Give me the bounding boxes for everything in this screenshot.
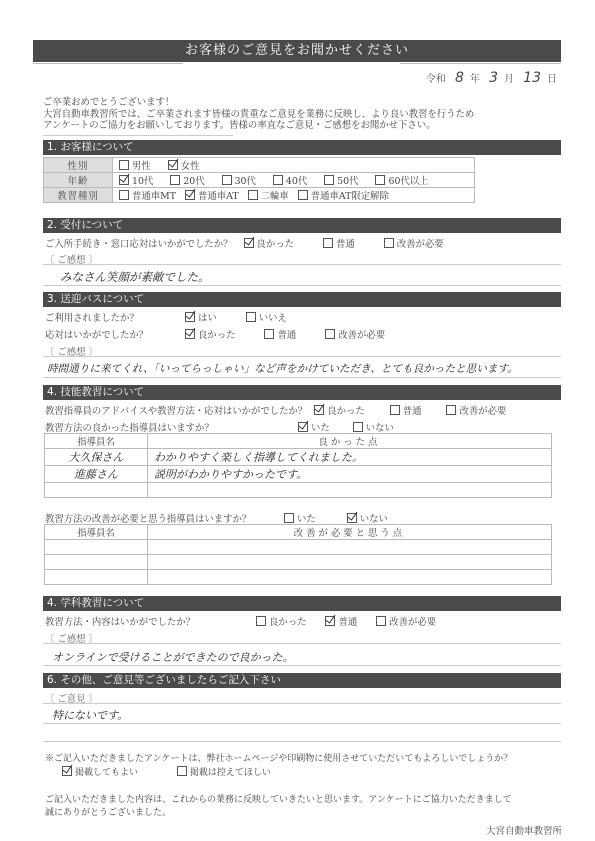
consent-allow[interactable]: 掲載してもよい xyxy=(62,765,138,778)
bus-service-needs-improvement[interactable]: 改善が必要 xyxy=(325,327,385,341)
age-50s[interactable]: 50代 xyxy=(324,173,358,187)
improvement-point[interactable] xyxy=(148,555,552,570)
day-value[interactable]: 13 xyxy=(523,70,541,86)
day-label: 日 xyxy=(547,74,557,85)
gender-female[interactable]: 女性 xyxy=(168,158,200,172)
bus-service-normal[interactable]: 普通 xyxy=(264,327,296,341)
consent-options: 掲載してもよい 掲載は控えてほしい xyxy=(62,765,285,778)
checkbox[interactable] xyxy=(323,238,333,248)
checkbox[interactable] xyxy=(177,766,187,776)
column-header: 改善が必要と思う点 xyxy=(148,525,552,540)
checkbox[interactable] xyxy=(384,238,394,248)
section-2-header: 2. 受付について xyxy=(43,218,561,233)
gender-male[interactable]: 男性 xyxy=(119,158,151,172)
improvement-point[interactable] xyxy=(148,540,552,555)
academic-comment[interactable]: オンラインで受けることができたので良かった。 xyxy=(52,649,294,665)
checkbox[interactable] xyxy=(119,190,129,200)
age-10s[interactable]: 10代 xyxy=(119,173,153,187)
checkbox[interactable] xyxy=(298,190,308,200)
reception-good[interactable]: 良かった xyxy=(244,236,295,250)
section-6-header: 6. その他、ご意見等ございましたらご記入下さい xyxy=(43,673,561,688)
good-point[interactable]: 説明がわかりやすかったです。 xyxy=(148,466,552,483)
instructor-name[interactable] xyxy=(45,483,148,498)
year-value[interactable]: 8 xyxy=(455,70,464,86)
checkbox-checked[interactable] xyxy=(244,238,254,248)
bus-used-no[interactable]: いいえ xyxy=(246,310,287,324)
instructor-name[interactable] xyxy=(45,555,148,570)
divider xyxy=(33,63,183,64)
checkbox[interactable] xyxy=(119,160,129,170)
column-header: 良かった点 xyxy=(148,434,552,449)
bad-instructor-table: 指導員名 改善が必要と思う点 xyxy=(44,524,552,585)
age-30s[interactable]: 30代 xyxy=(222,173,256,187)
reception-question: ご入所手続き・窓口応対はいかがでしたか？ 良かった 普通 改善が必要 xyxy=(45,236,458,250)
academic-normal[interactable]: 普通 xyxy=(325,614,357,628)
age-label: 年齢 xyxy=(44,173,113,188)
bus-comment[interactable]: 時間通りに来てくれ、「いってらっしゃい」など声をかけていただき、とても良かったと… xyxy=(47,361,518,376)
improvement-point[interactable] xyxy=(148,570,552,585)
bad-instructor-no[interactable]: いない xyxy=(347,511,388,525)
skill-normal[interactable]: 普通 xyxy=(390,403,422,417)
skill-needs-improvement[interactable]: 改善が必要 xyxy=(446,403,506,417)
bus-used-question: ご利用されましたか？ はい いいえ xyxy=(45,310,301,324)
good-instructor-table: 指導員名 良かった点 大久保さん わかりやすく楽しく指導してくれました。 進藤さ… xyxy=(44,433,552,498)
academic-good[interactable]: 良かった xyxy=(256,614,307,628)
bad-instructor-question: 教習方法の改善が必要と思う指導員はいますか？ いた いない xyxy=(45,511,402,525)
checkbox[interactable] xyxy=(284,513,294,523)
age-60s-plus[interactable]: 60代以上 xyxy=(375,173,428,187)
month-value[interactable]: 3 xyxy=(489,70,498,86)
checkbox[interactable] xyxy=(246,312,256,322)
section-1-header: 1. お客様について xyxy=(43,140,561,155)
checkbox[interactable] xyxy=(446,405,456,415)
thanks-text-1: ご記入いただきました内容は、これからの業務に反映していきたいと思います。アンケー… xyxy=(45,792,512,805)
date: 令和 8年 3月 13日 xyxy=(426,70,557,86)
instructor-name[interactable] xyxy=(45,540,148,555)
divider xyxy=(43,135,233,136)
thanks-text-2: 誠にありがとうございました。 xyxy=(45,805,171,818)
bus-service-question: 応対はいかがでしたか？ 良かった 普通 改善が必要 xyxy=(45,327,399,341)
good-instructor-yes[interactable]: いた xyxy=(298,420,330,434)
checkbox[interactable] xyxy=(248,190,258,200)
divider xyxy=(400,63,561,64)
course-type-label: 教習種別 xyxy=(44,188,113,203)
good-point[interactable]: わかりやすく楽しく指導してくれました。 xyxy=(148,449,552,466)
bus-service-good[interactable]: 良かった xyxy=(185,327,236,341)
reception-normal[interactable]: 普通 xyxy=(323,236,355,250)
consent-question: ※ご記入いただきましたアンケートは、弊社ホームページや印刷物に使用させていただい… xyxy=(45,751,512,764)
month-label: 月 xyxy=(504,74,514,85)
academic-question: 教習方法・内容はいかがでしたか？ 良かった 普通 改善が必要 xyxy=(45,614,450,628)
section-academic-header: 4. 学科教習について xyxy=(43,596,561,611)
consent-decline[interactable]: 掲載は控えてほしい xyxy=(177,765,271,778)
academic-needs-improvement[interactable]: 改善が必要 xyxy=(376,614,436,628)
checkbox[interactable] xyxy=(264,329,274,339)
checkbox[interactable] xyxy=(170,175,180,185)
instructor-name[interactable]: 大久保さん xyxy=(45,449,148,466)
age-20s[interactable]: 20代 xyxy=(170,173,204,187)
checkbox-checked[interactable] xyxy=(185,329,195,339)
skill-instructor-question: 教習指導員のアドバイスや教習方法・応対はいかがでしたか？ 良かった 普通 改善が… xyxy=(45,403,520,417)
reception-needs-improvement[interactable]: 改善が必要 xyxy=(384,236,444,250)
bus-used-yes[interactable]: はい xyxy=(185,310,217,324)
instructor-name[interactable]: 進藤さん xyxy=(45,466,148,483)
checkbox-checked[interactable] xyxy=(314,405,324,415)
good-point[interactable] xyxy=(148,483,552,498)
column-header: 指導員名 xyxy=(45,525,148,540)
checkbox[interactable] xyxy=(256,616,266,626)
checkbox[interactable] xyxy=(222,175,232,185)
checkbox-checked[interactable] xyxy=(168,160,178,170)
section-3-header: 3. 送迎バスについて xyxy=(43,292,561,307)
organization-name: 大宮自動車教習所 xyxy=(486,823,562,837)
course-mt[interactable]: 普通車MT xyxy=(119,188,176,202)
gender-label: 性別 xyxy=(44,158,113,173)
checkbox[interactable] xyxy=(375,175,385,185)
checkbox-checked[interactable] xyxy=(185,312,195,322)
checkbox-checked[interactable] xyxy=(298,422,308,432)
checkbox-checked[interactable] xyxy=(185,190,195,200)
reception-comment[interactable]: みなさん笑顔が素敵でした。 xyxy=(60,269,210,285)
good-instructor-question: 教習方法の良かった指導員はいますか？ いた いない xyxy=(45,420,408,434)
course-motorcycle[interactable]: 二輪車 xyxy=(248,188,289,202)
checkbox-checked[interactable] xyxy=(347,513,357,523)
checkbox-checked[interactable] xyxy=(119,175,129,185)
checkbox[interactable] xyxy=(273,175,283,185)
section-4-header: 4. 技能教習について xyxy=(43,385,561,400)
checkbox[interactable] xyxy=(390,405,400,415)
checkbox[interactable] xyxy=(353,422,363,432)
intro-text: ご卒業おめでとうございます！ 大宮自動車教習所では、ご卒業されます皆様の貴重なご… xyxy=(43,97,474,132)
checkbox[interactable] xyxy=(325,329,335,339)
checkbox-checked[interactable] xyxy=(62,766,72,776)
instructor-name[interactable] xyxy=(45,570,148,585)
course-at[interactable]: 普通車AT xyxy=(185,188,239,202)
good-instructor-no[interactable]: いない xyxy=(353,420,394,434)
form-title: お客様のご意見をお聞かせください xyxy=(33,40,561,62)
opinion-comment[interactable]: 特にないです。 xyxy=(52,707,128,723)
bad-instructor-yes[interactable]: いた xyxy=(284,511,316,525)
course-at-release[interactable]: 普通車AT限定解除 xyxy=(298,188,389,202)
column-header: 指導員名 xyxy=(45,434,148,449)
checkbox[interactable] xyxy=(324,175,334,185)
year-label: 年 xyxy=(470,74,480,85)
checkbox-checked[interactable] xyxy=(325,616,335,626)
customer-info-table: 性別 男性 女性 年齢 10代 20代 30代 40代 50代 60代以上 教習… xyxy=(43,157,475,203)
skill-good[interactable]: 良かった xyxy=(314,403,365,417)
checkbox[interactable] xyxy=(376,616,386,626)
age-40s[interactable]: 40代 xyxy=(273,173,307,187)
era-label: 令和 xyxy=(426,74,446,85)
